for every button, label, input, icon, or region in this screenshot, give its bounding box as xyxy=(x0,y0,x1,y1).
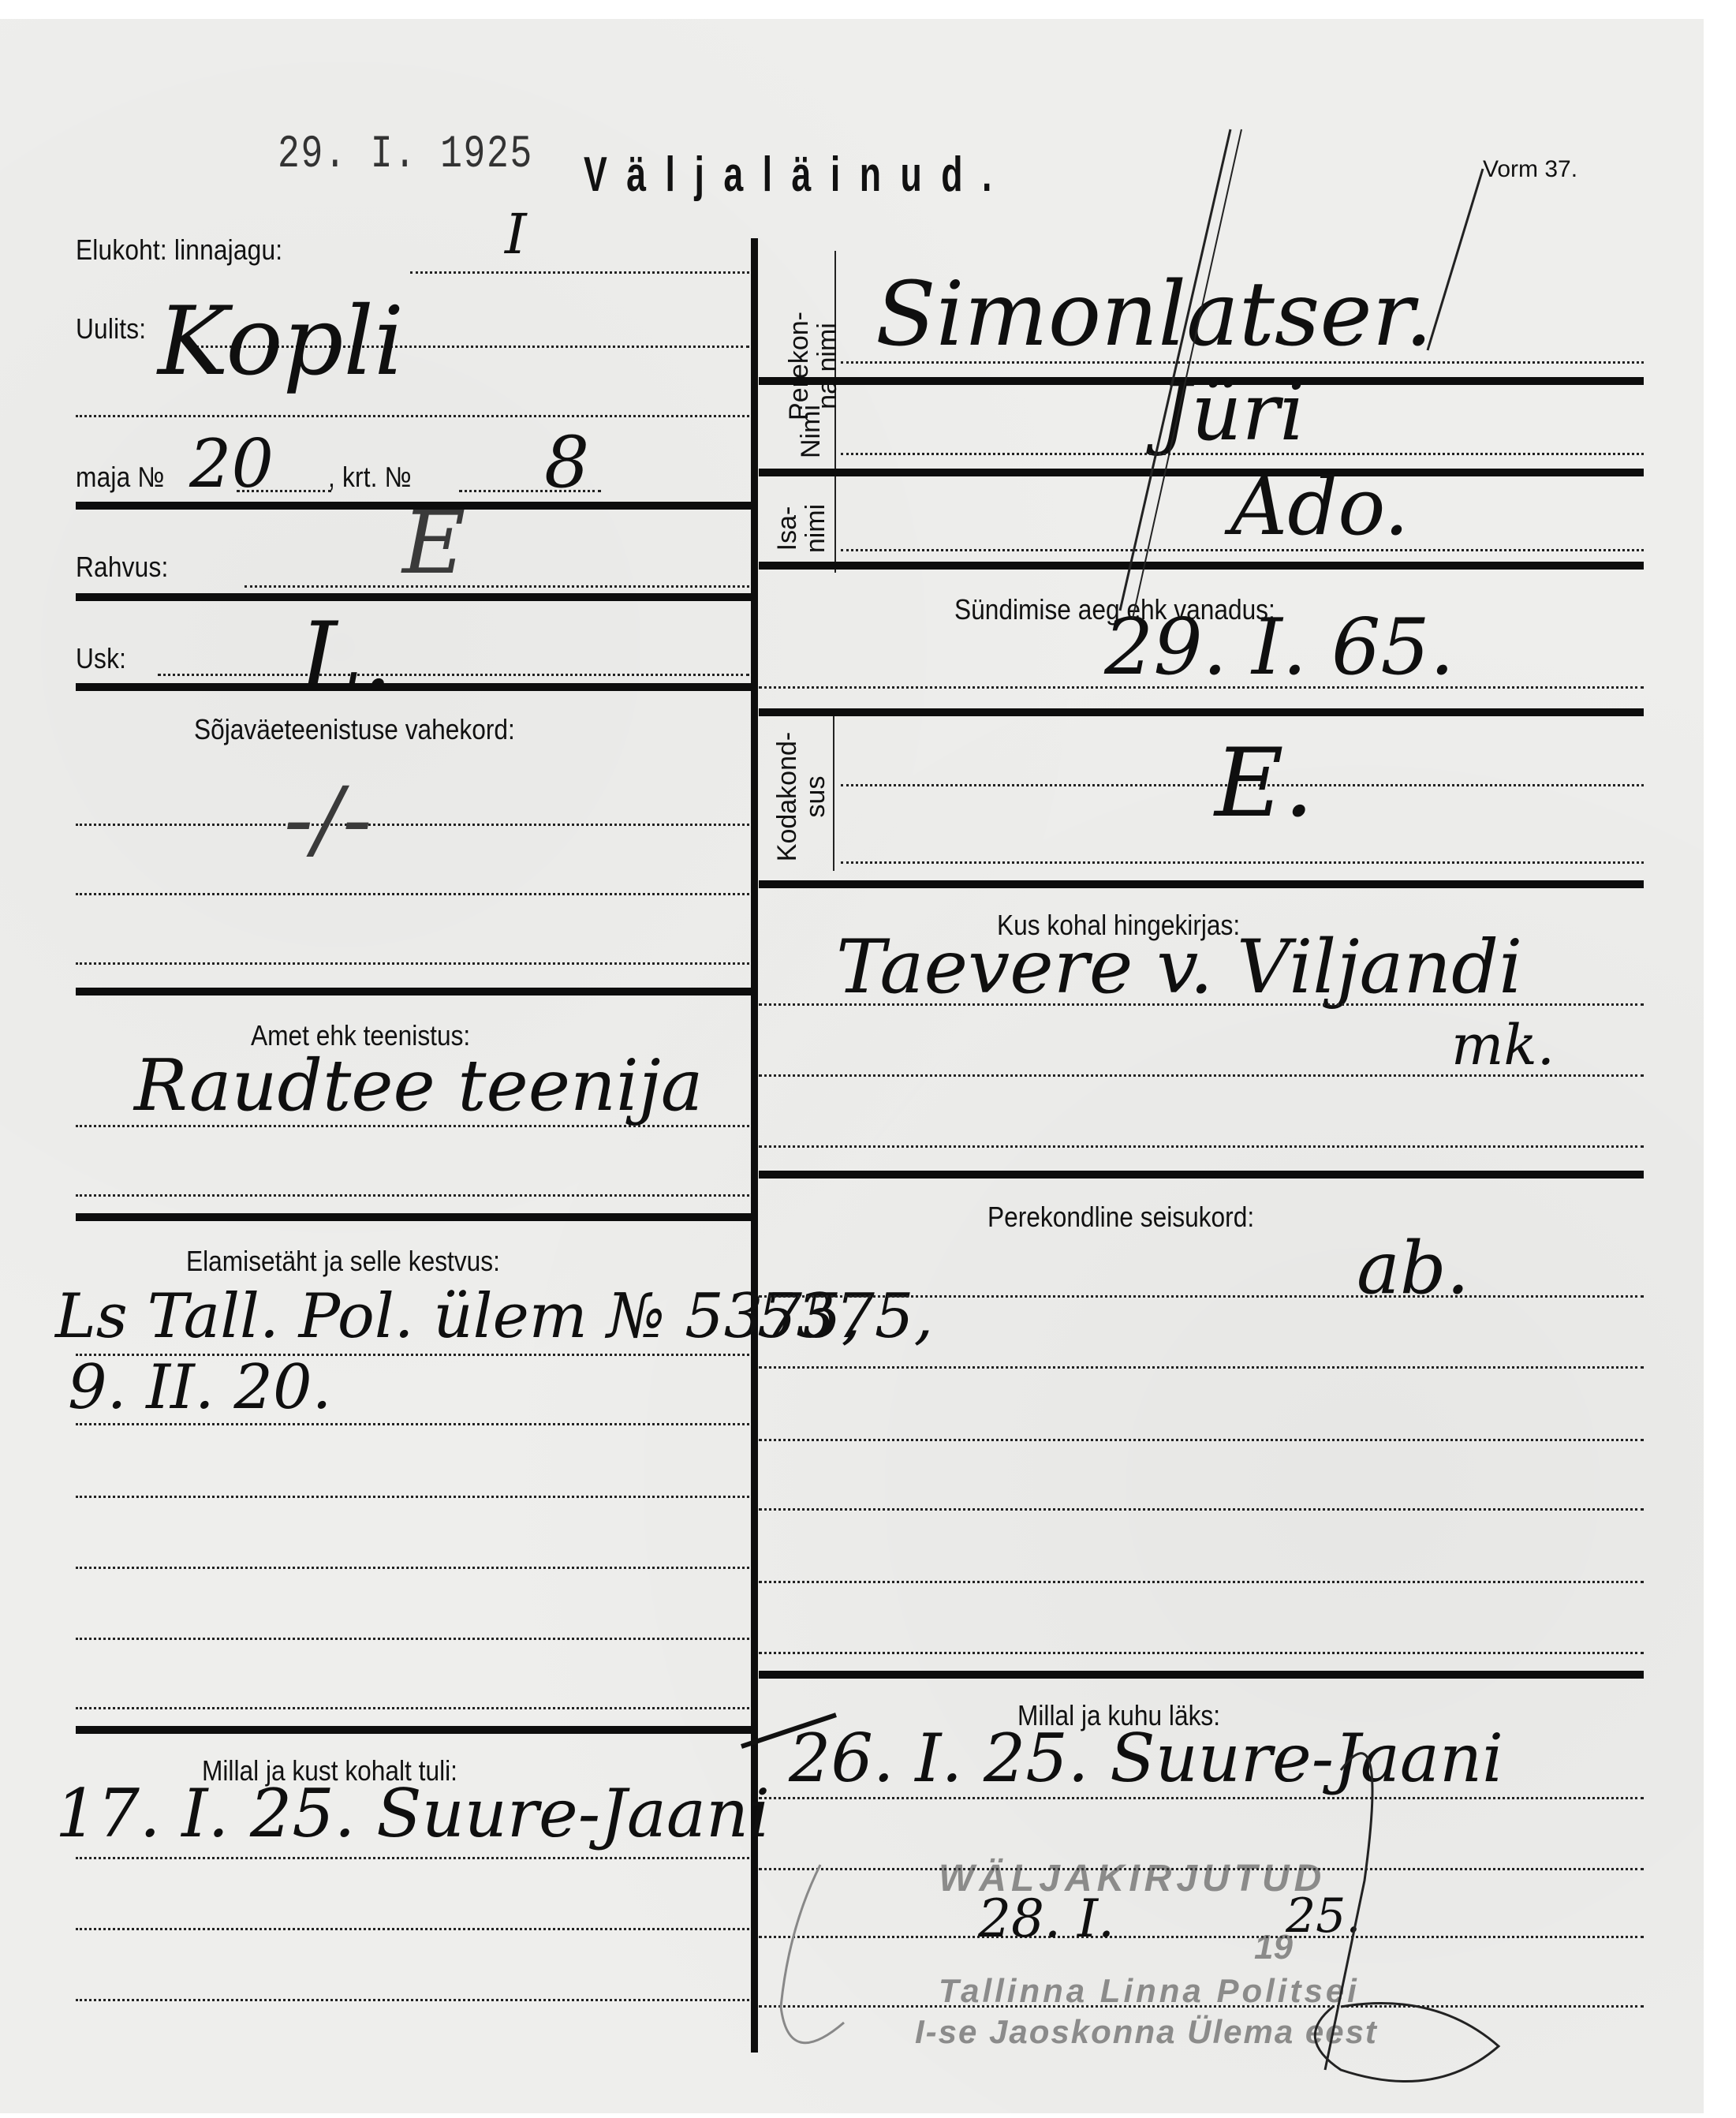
pen-strokes xyxy=(0,19,1704,2113)
registration-form-page: 29. I. 1925 Väljaläinud. Vorm 37. I Eluk… xyxy=(0,19,1704,2113)
